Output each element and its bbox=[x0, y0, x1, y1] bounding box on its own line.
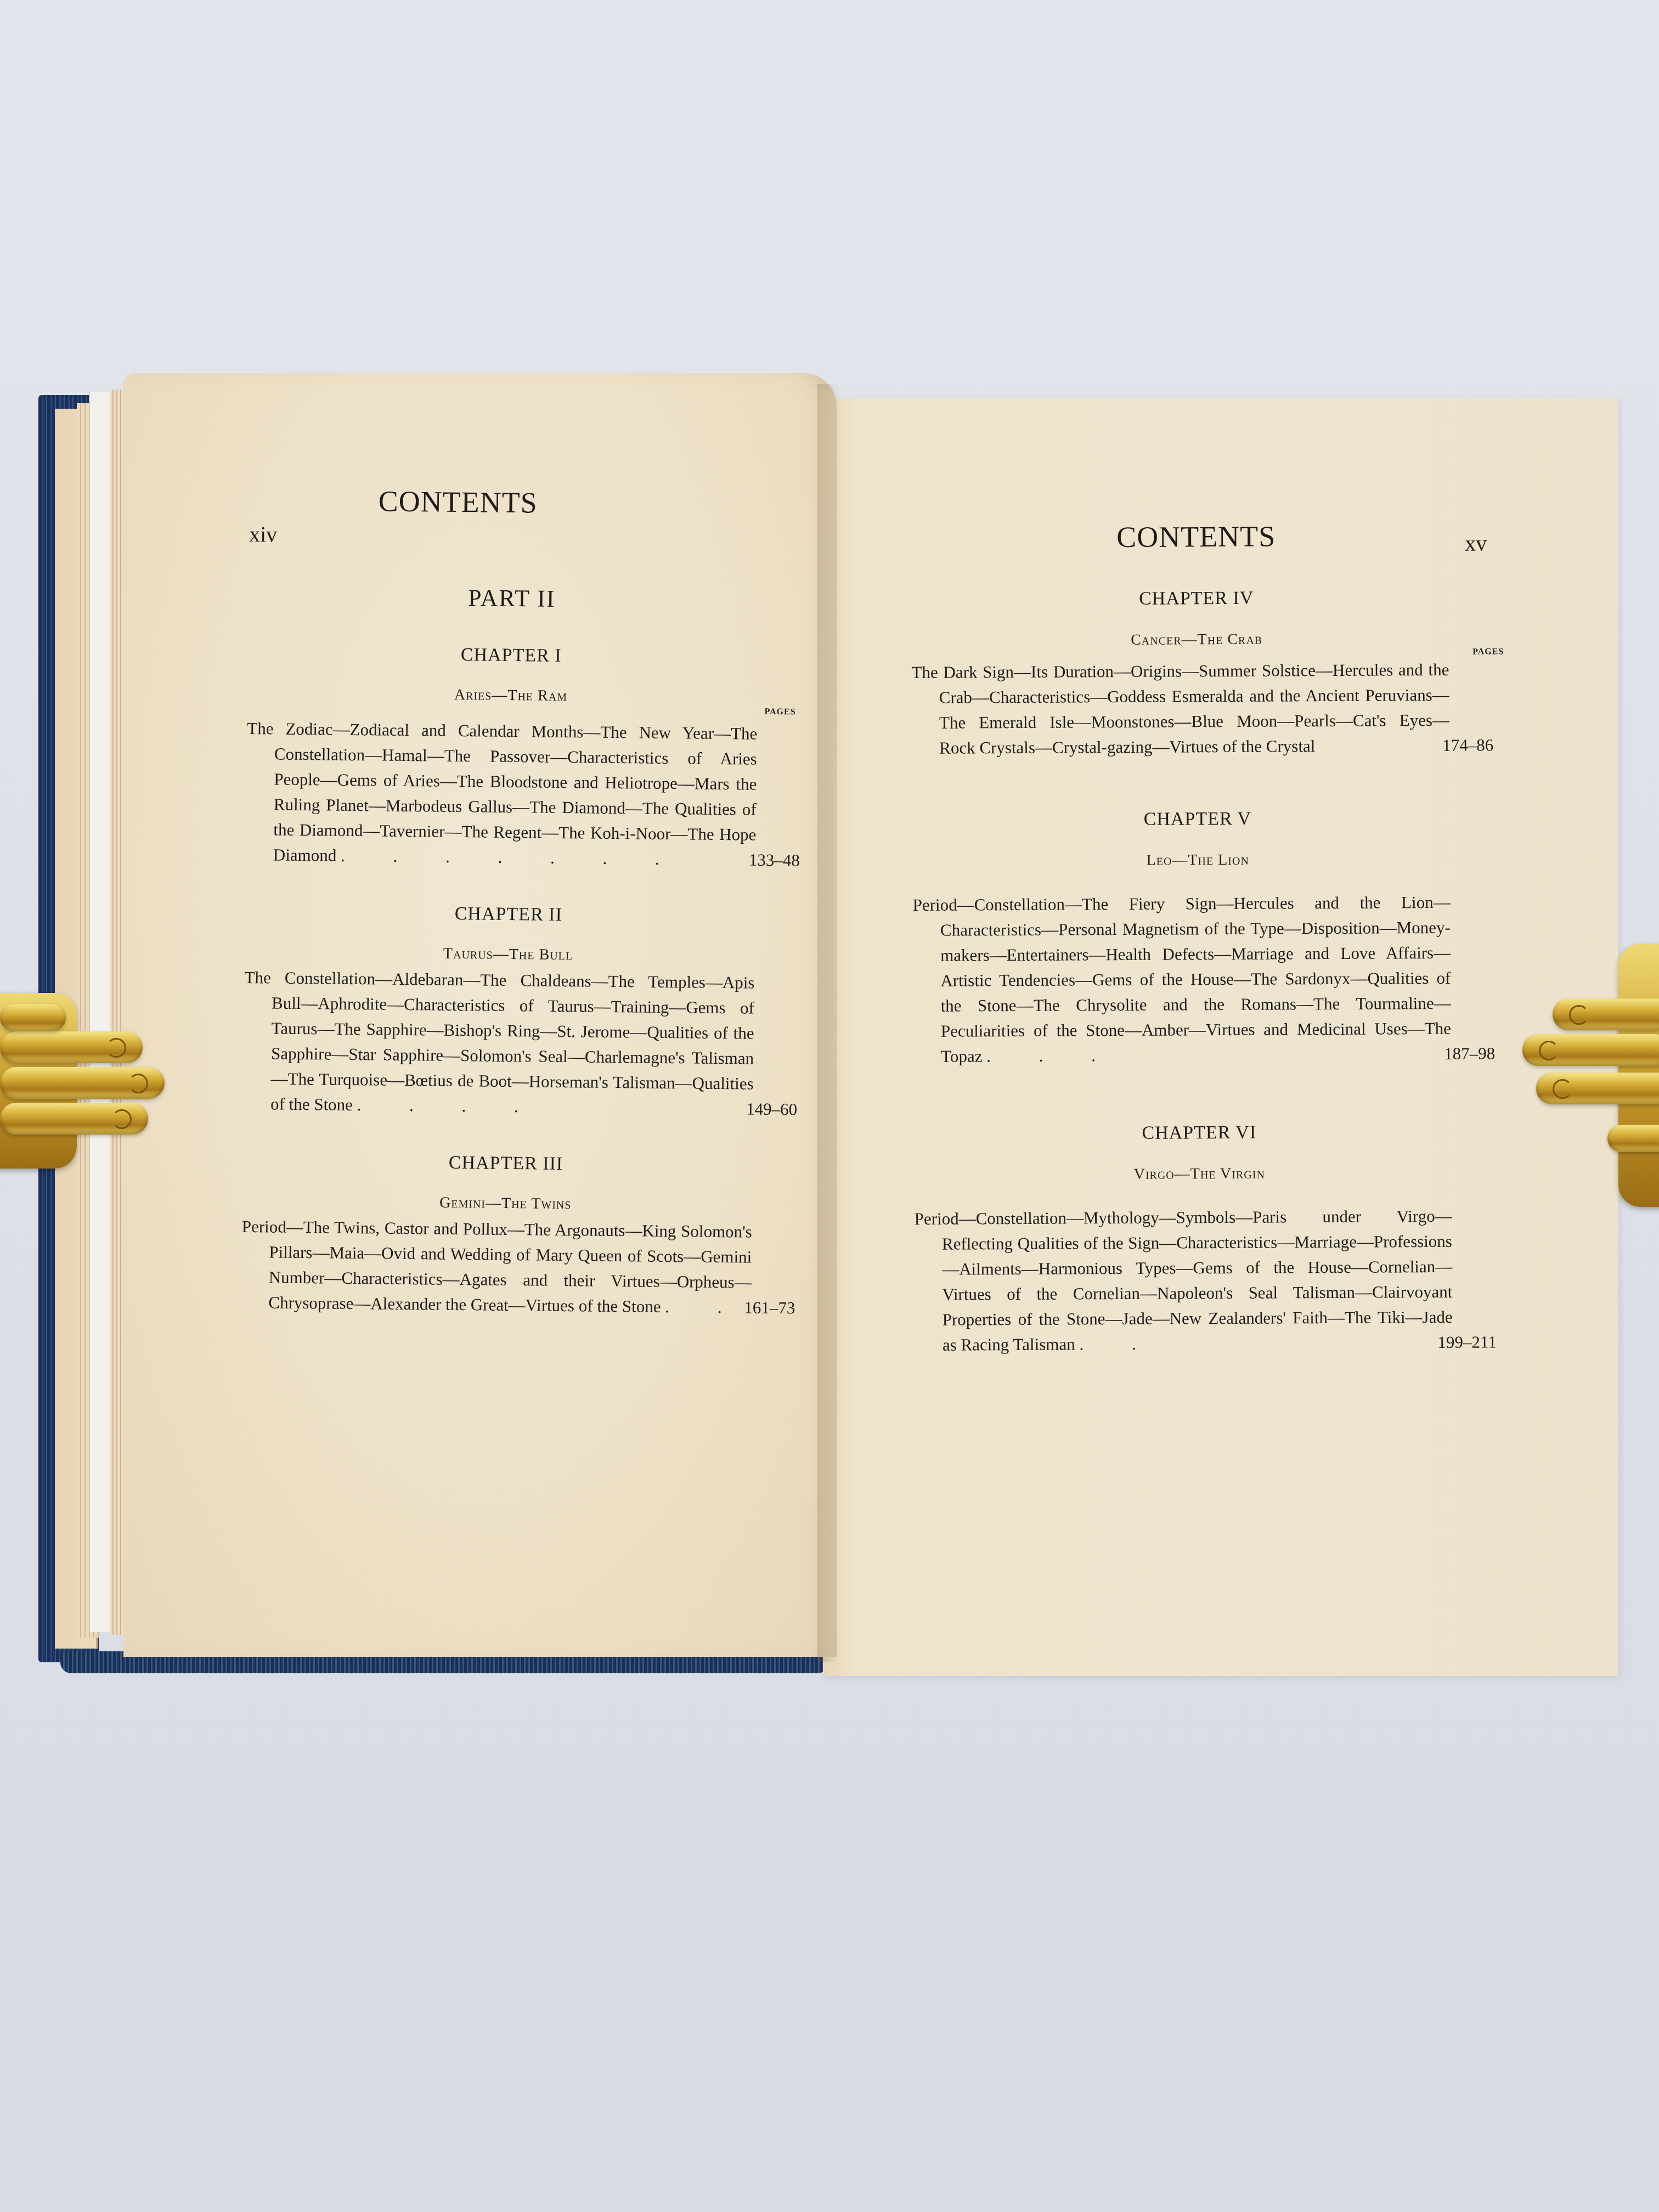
brass-hand-holder-right bbox=[1498, 944, 1659, 1207]
brass-finger bbox=[1553, 998, 1659, 1030]
summary-text: Period—Constellation—The Fiery Sign—Herc… bbox=[913, 893, 1451, 1066]
chapter-summary: Period—The Twins, Castor and Pollux—The … bbox=[241, 1214, 752, 1321]
chapter-heading: CHAPTER I bbox=[248, 642, 775, 669]
dot-leaders: . . . . bbox=[357, 1095, 541, 1116]
page-range: 133–48 bbox=[776, 848, 800, 873]
brass-finger bbox=[0, 1031, 143, 1063]
running-head-title: CONTENTS bbox=[315, 483, 601, 520]
page-range: 187–98 bbox=[1471, 1041, 1495, 1066]
chapter-summary: The Dark Sign—Its Duration—Origins—Summe… bbox=[911, 657, 1449, 761]
brass-finger bbox=[0, 1067, 165, 1099]
chapter-heading: CHAPTER II bbox=[245, 901, 772, 928]
brass-hand-holder-left bbox=[0, 982, 181, 1180]
fingernail-icon bbox=[112, 1109, 132, 1129]
page-range: 161–73 bbox=[771, 1295, 795, 1321]
chapter-summary: The Zodiac—Zodiacal and Calendar Months—… bbox=[246, 716, 758, 873]
page-range: 199–211 bbox=[1465, 1329, 1497, 1355]
chapter-heading: CHAPTER VI bbox=[914, 1121, 1485, 1145]
brass-thumb bbox=[1607, 1125, 1659, 1152]
chapter-subtitle: Taurus—The Bull bbox=[245, 943, 771, 966]
summary-text: The Constellation—Aldebaran—The Chaldean… bbox=[244, 968, 754, 1114]
brass-finger bbox=[0, 1103, 148, 1135]
page-folio: xv bbox=[1465, 531, 1487, 556]
chapter-heading: CHAPTER III bbox=[242, 1150, 769, 1177]
page-folio: xiv bbox=[249, 521, 278, 548]
brass-thumb bbox=[0, 1004, 66, 1031]
page-range: 174–86 bbox=[1470, 732, 1493, 758]
chapter-subtitle: Leo—The Lion bbox=[912, 850, 1483, 871]
summary-text: Period—Constellation—Mythology—Symbols—P… bbox=[915, 1206, 1453, 1355]
fingernail-icon bbox=[1569, 1005, 1589, 1025]
fingernail-icon bbox=[1539, 1041, 1559, 1060]
fingernail-icon bbox=[128, 1074, 148, 1093]
dot-leaders: . . . bbox=[986, 1046, 1118, 1065]
running-head-title: CONTENTS bbox=[911, 518, 1481, 555]
left-page-contents: xiv CONTENTS PART II CHAPTER I Aries—The… bbox=[241, 483, 776, 1321]
part-title: PART II bbox=[249, 582, 775, 615]
dot-leaders: . . bbox=[665, 1297, 744, 1317]
page-range: 149–60 bbox=[774, 1097, 797, 1122]
chapter-subtitle: Virgo—The Virgin bbox=[914, 1164, 1485, 1184]
dot-leaders: . . bbox=[1079, 1334, 1158, 1354]
chapter-summary: Period—Constellation—Mythology—Symbols—P… bbox=[915, 1204, 1453, 1358]
photo-scene: xiv CONTENTS PART II CHAPTER I Aries—The… bbox=[0, 0, 1659, 2212]
brass-finger bbox=[1522, 1034, 1659, 1066]
chapter-heading: CHAPTER V bbox=[912, 808, 1483, 831]
brass-finger bbox=[1536, 1073, 1659, 1104]
chapter-summary: Period—Constellation—The Fiery Sign—Herc… bbox=[913, 890, 1452, 1069]
fingernail-icon bbox=[1553, 1079, 1572, 1099]
summary-text: The Dark Sign—Its Duration—Origins—Summe… bbox=[911, 660, 1449, 758]
gutter-shadow bbox=[817, 384, 839, 1662]
summary-text: The Zodiac—Zodiacal and Calendar Months—… bbox=[247, 719, 757, 865]
right-page-contents: CONTENTS xv CHAPTER IV Cancer—The Crab P… bbox=[911, 518, 1486, 1358]
dot-leaders: . . . . . . . bbox=[341, 846, 681, 868]
running-head: xiv CONTENTS bbox=[249, 483, 776, 532]
fingernail-icon bbox=[106, 1038, 126, 1058]
running-head: CONTENTS xv bbox=[911, 518, 1481, 565]
chapter-heading: CHAPTER IV bbox=[911, 587, 1482, 611]
chapter-subtitle: Gemini—The Twins bbox=[242, 1192, 769, 1215]
chapter-summary: The Constellation—Aldebaran—The Chaldean… bbox=[243, 965, 755, 1122]
